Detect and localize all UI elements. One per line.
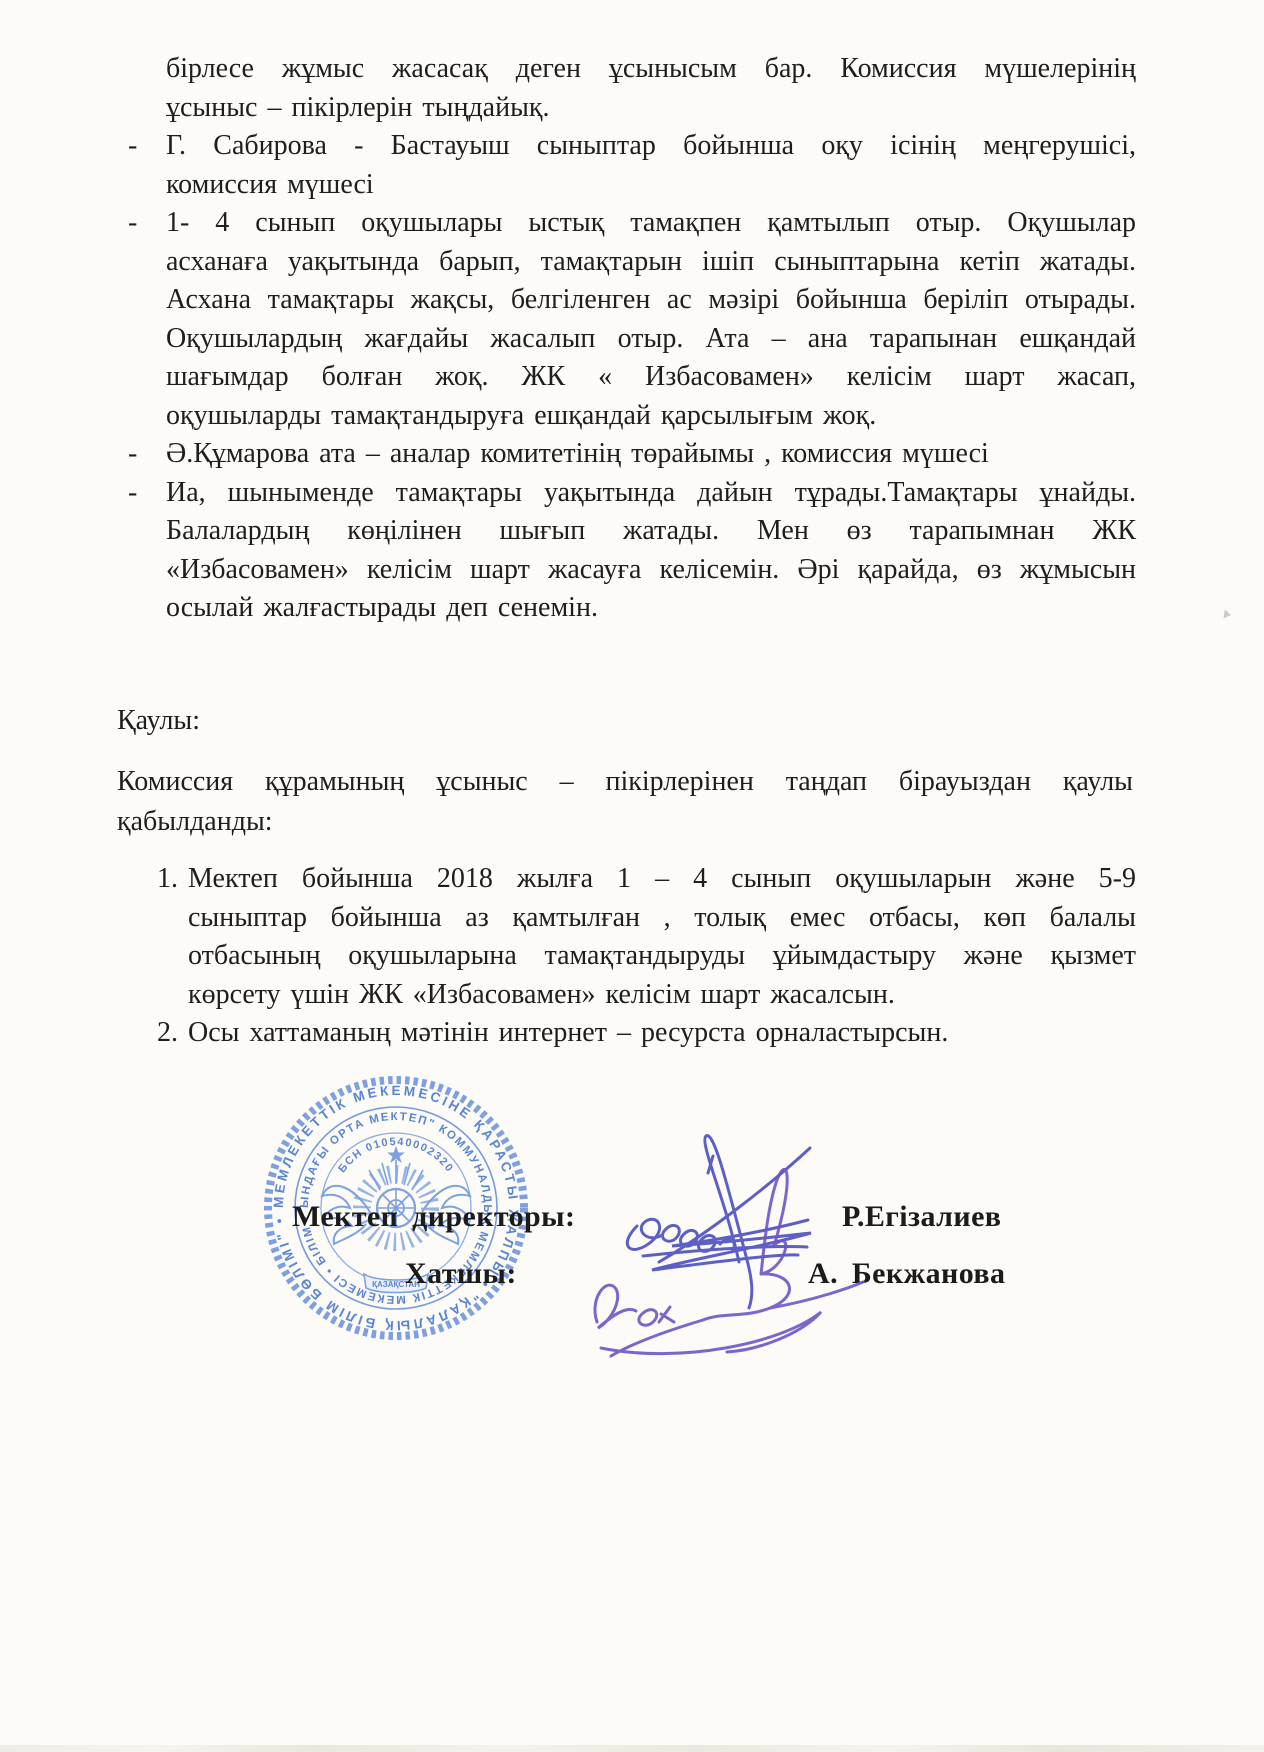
text-line-content: Г. Сабирова - Бастауыш сыныптар бойынша … bbox=[166, 130, 1136, 161]
secretary-label: Хатшы: bbox=[405, 1257, 517, 1291]
text-line-content: 1- 4 сынып оқушылары ыстық тамақпен қамт… bbox=[166, 207, 1136, 238]
decision-line: көрсету үшін ЖК «Избасовамен» келісім ша… bbox=[188, 976, 1136, 1015]
text-line: -Иа, шыныменде тамақтары уақытында дайын… bbox=[166, 474, 1136, 513]
scanned-document-page: бірлесе жұмыс жасасақ деген ұсынысым бар… bbox=[0, 0, 1264, 1752]
text-line: Оқушылардың жағдайы жасалып отыр. Ата – … bbox=[166, 320, 1136, 359]
handwritten-signatures bbox=[555, 1058, 885, 1358]
text-line: комиссия мүшесі bbox=[166, 166, 1136, 205]
text-line: асханаға уақытында барып, тамақтарын іші… bbox=[166, 243, 1136, 282]
director-signature-icon bbox=[627, 1136, 811, 1308]
scan-bottom-edge bbox=[0, 1745, 1264, 1752]
decision-line: 1.Мектеп бойынша 2018 жылға 1 – 4 сынып … bbox=[188, 860, 1136, 899]
body-text-block: бірлесе жұмыс жасасақ деген ұсынысым бар… bbox=[166, 50, 1136, 628]
decision-line: сыныптар бойынша аз қамтылған , толық ем… bbox=[188, 899, 1136, 938]
decision-number: 1. bbox=[157, 860, 178, 899]
director-label: Мектеп директоры: bbox=[292, 1200, 575, 1234]
text-line: қабылданды: bbox=[117, 802, 1133, 842]
text-line: -Ә.Құмарова ата – аналар комитетінің төр… bbox=[166, 435, 1136, 474]
text-line: осылай жалғастырады деп сенемін. bbox=[166, 589, 1136, 628]
list-dash-marker: - bbox=[128, 204, 137, 243]
text-line: -Г. Сабирова - Бастауыш сыныптар бойынша… bbox=[166, 127, 1136, 166]
text-line: шағымдар болған жоқ. ЖК « Избасовамен» к… bbox=[166, 358, 1136, 397]
decision-number: 2. bbox=[157, 1014, 178, 1053]
list-dash-marker: - bbox=[128, 474, 137, 513]
text-line: -1- 4 сынып оқушылары ыстық тамақпен қам… bbox=[166, 204, 1136, 243]
resolution-heading: Қаулы: bbox=[117, 702, 200, 740]
decision-list: 1.Мектеп бойынша 2018 жылға 1 – 4 сынып … bbox=[188, 860, 1136, 1053]
list-dash-marker: - bbox=[128, 435, 137, 474]
text-line-content: Мектеп бойынша 2018 жылға 1 – 4 сынып оқ… bbox=[188, 863, 1136, 894]
text-line-content: Иа, шыныменде тамақтары уақытында дайын … bbox=[166, 477, 1136, 508]
list-dash-marker: - bbox=[128, 127, 137, 166]
resolution-intro: Комиссия құрамының ұсыныс – пікірлерінен… bbox=[117, 762, 1133, 842]
text-line: Комиссия құрамының ұсыныс – пікірлерінен… bbox=[117, 762, 1133, 802]
text-line: ұсыныс – пікірлерін тыңдайық. bbox=[166, 89, 1136, 128]
decision-line: отбасының оқушыларына тамақтандыруды ұйы… bbox=[188, 937, 1136, 976]
text-line: Асхана тамақтары жақсы, белгіленген ас м… bbox=[166, 281, 1136, 320]
text-line-content: Осы хаттаманың мәтінін интернет – ресурс… bbox=[188, 1017, 948, 1048]
text-line: оқушыларды тамақтандыруға ешқандай қарсы… bbox=[166, 397, 1136, 436]
decision-line: 2.Осы хаттаманың мәтінін интернет – ресу… bbox=[188, 1014, 1136, 1053]
text-line: бірлесе жұмыс жасасақ деген ұсынысым бар… bbox=[166, 50, 1136, 89]
text-line: Балалардың көңілінен шығып жатады. Мен ө… bbox=[166, 512, 1136, 551]
scan-speck-artifact bbox=[1223, 610, 1231, 620]
text-line-content: Ә.Құмарова ата – аналар комитетінің төра… bbox=[166, 438, 989, 469]
text-line: «Избасовамен» келісім шарт жасауға келіс… bbox=[166, 551, 1136, 590]
